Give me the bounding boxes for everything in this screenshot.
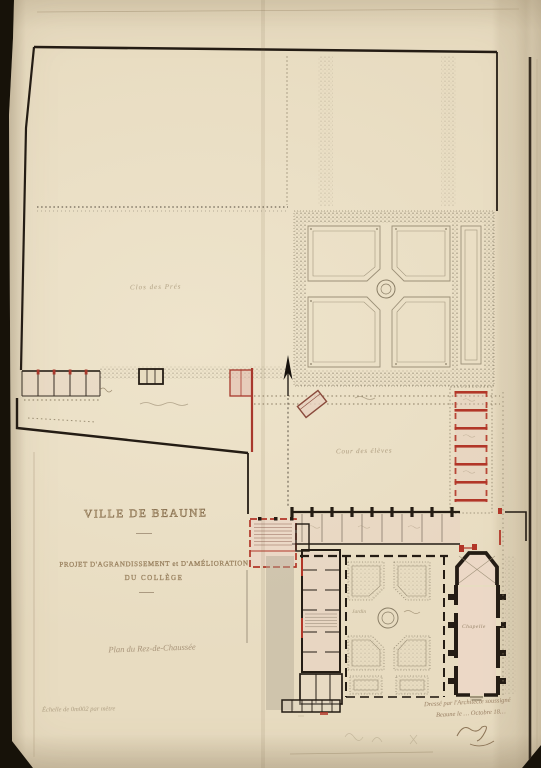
label-students-court: Cour des élèves: [336, 448, 392, 456]
diagonal-lodge: [297, 390, 326, 417]
scale-note: Échelle de 0m002 par mètre: [42, 706, 116, 714]
north-arrow-icon: [284, 355, 293, 506]
plan-drawing: [0, 0, 541, 768]
pencil-sketches: [290, 716, 433, 754]
scan-background: VILLE DE BEAUNE PROJET D'AGRANDISSEMENT …: [0, 0, 541, 768]
plan-sheet: VILLE DE BEAUNE PROJET D'AGRANDISSEMENT …: [0, 0, 541, 768]
plot-dividers: [37, 56, 456, 211]
title-city: VILLE DE BEAUNE: [84, 508, 204, 521]
west-wing: [302, 550, 340, 672]
grey-court-wash: [266, 556, 294, 710]
left-building-row: [22, 368, 252, 452]
signature-script: [457, 726, 494, 746]
label-upper-plot: Clos des Prés: [130, 284, 182, 292]
title-divider-1: [136, 533, 152, 534]
label-garden: Jardin: [352, 610, 366, 616]
upper-garden-parterres: [294, 211, 494, 386]
new-wing-red: [450, 387, 492, 513]
chapel-plan: [448, 544, 506, 701]
illegible-script-marks: [140, 397, 375, 406]
south-building-row: [290, 507, 526, 545]
label-chapel: Chapelle: [462, 625, 486, 631]
title-project-line: PROJET D'AGRANDISSEMENT et D'AMÉLIORATIO…: [48, 560, 260, 568]
title-project-line-2: DU COLLÈGE: [112, 575, 196, 582]
lower-garden-parterres: [348, 562, 430, 694]
title-divider-2: [139, 592, 154, 593]
